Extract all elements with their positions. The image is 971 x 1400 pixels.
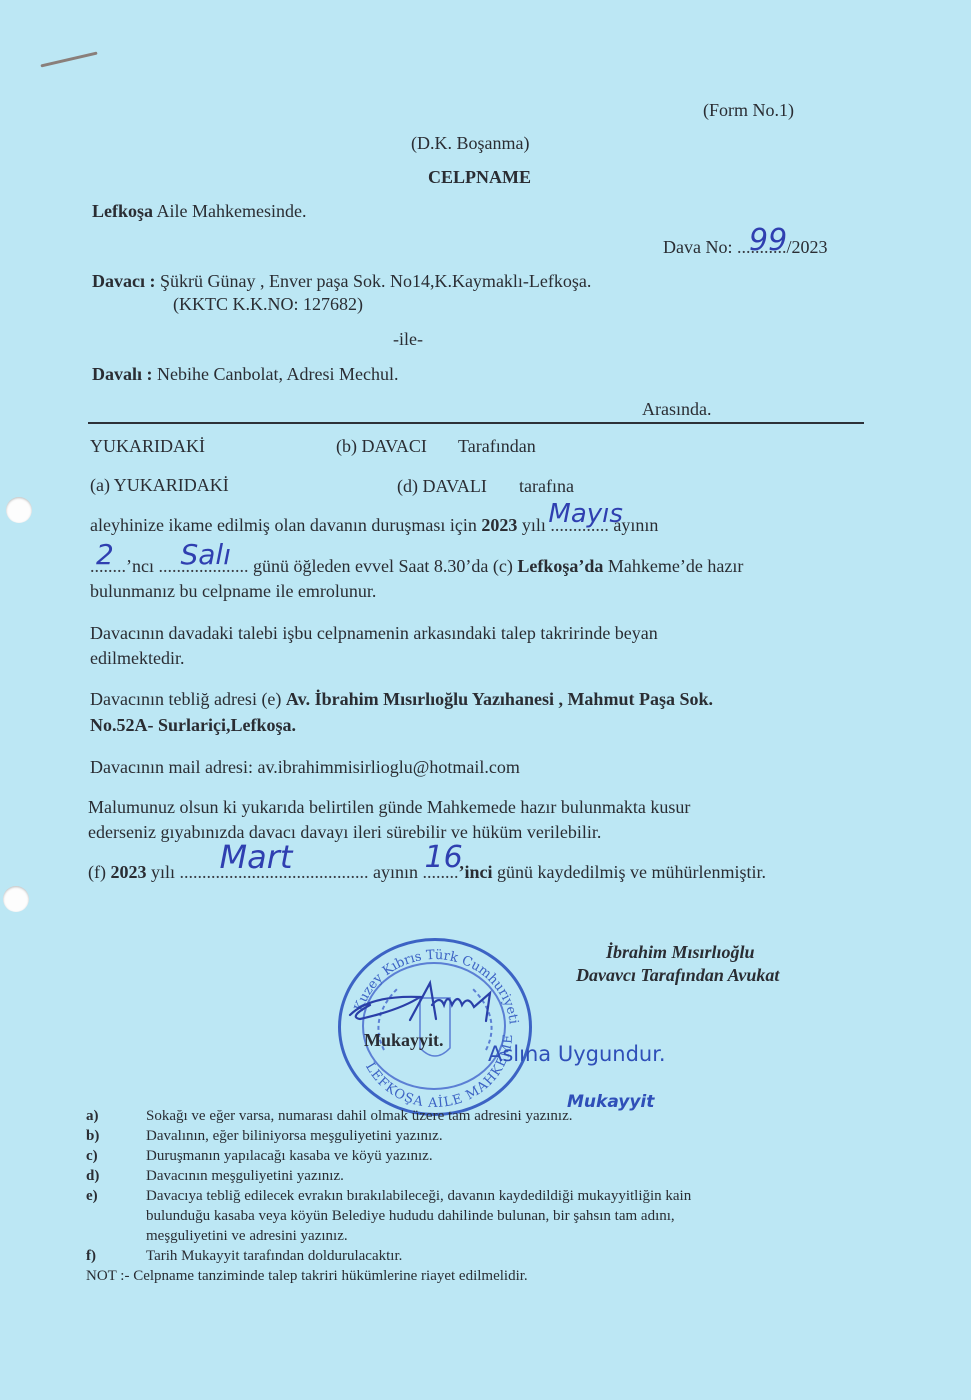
footnote-item: a)Sokağı ve eğer varsa, numarası dahil o…: [86, 1108, 573, 1125]
plaintiff-line: Davacı : Şükrü Günay , Enver paşa Sok. N…: [92, 271, 591, 292]
footnote-label: e): [86, 1188, 146, 1205]
certified-stamp: Aslına Uygundur.: [488, 1042, 666, 1066]
defendant-line: Davalı : Nebihe Canbolat, Adresi Mechul.: [92, 364, 398, 385]
registrar-signature: [340, 975, 510, 1035]
footnote-item: meşguliyetini ve adresini yazınız.: [86, 1228, 348, 1245]
case-number-year: /2023: [786, 237, 827, 257]
warning-line-2: ederseniz gıyabınızda davacı davayı iler…: [88, 822, 601, 843]
reg-prefix: (f): [88, 862, 110, 882]
row2-mid: (d) DAVALI: [397, 476, 487, 497]
hearing-month: Mayıs: [548, 499, 623, 529]
row1-left: YUKARIDAKİ: [90, 436, 205, 457]
plaintiff-id: (KKTC K.K.NO: 127682): [173, 294, 363, 315]
service-value: Av. İbrahim Mısırlıoğlu Yazıhanesi , Mah…: [286, 689, 713, 709]
reg-day-field: ........16: [423, 862, 459, 882]
case-number-dots: ...........99: [737, 237, 787, 257]
claim-line-2: edilmektedir.: [90, 648, 184, 669]
reg-inci: ’inci: [459, 862, 493, 882]
footnote-text: Tarih Mukayyit tarafından doldurulacaktı…: [146, 1248, 402, 1264]
row2-left: (a) YUKARIDAKİ: [90, 475, 229, 496]
hearing-place: Lefkoşa’da: [517, 556, 603, 576]
footnote-item: e)Davacıya tebliğ edilecek evrakın bırak…: [86, 1188, 691, 1205]
row1-mid: (b) DAVACI: [336, 436, 427, 457]
form-number: (Form No.1): [703, 100, 794, 121]
row2-right: tarafına: [519, 476, 574, 497]
hearing-year: 2023: [481, 515, 517, 535]
footnote-text: bulunduğu kasaba veya köyün Belediye hud…: [146, 1208, 675, 1224]
footnote-text: Duruşmanın yapılacağı kasaba ve köyü yaz…: [146, 1148, 433, 1164]
court-city: Lefkoşa: [92, 201, 153, 221]
footer-note: NOT :- Celpname tanziminde talep takriri…: [86, 1268, 528, 1285]
footnote-text: meşguliyetini ve adresini yazınız.: [146, 1228, 348, 1244]
hearing-day: 2: [96, 538, 114, 571]
plaintiff-value: Şükrü Günay , Enver paşa Sok. No14,K.Kay…: [160, 271, 591, 291]
staple-mark: [40, 52, 97, 68]
registration-line: (f) 2023 yılı ..........................…: [88, 862, 766, 883]
hearing-line-1: aleyhinize ikame edilmiş olan davanın du…: [90, 515, 658, 536]
footnote-item: d)Davacının meşguliyetini yazınız.: [86, 1168, 344, 1185]
case-number-value: 99: [749, 223, 787, 258]
court-name: Lefkoşa Aile Mahkemesinde.: [92, 201, 306, 222]
defendant-value: Nebihe Canbolat, Adresi Mechul.: [157, 364, 398, 384]
court-label: Aile Mahkemesinde.: [153, 201, 306, 221]
service-address-line-1: Davacının tebliğ adresi (e) Av. İbrahim …: [90, 689, 713, 710]
row1-right: Tarafından: [458, 436, 536, 457]
lawyer-name: İbrahim Mısırlıoğlu: [606, 942, 755, 963]
certified-by: Mukayyit: [567, 1092, 654, 1112]
lawyer-role: Davavcı Tarafından Avukat: [576, 965, 779, 986]
registrar-label: Mukayyit.: [364, 1030, 444, 1051]
footnote-item: f)Tarih Mukayyit tarafından doldurulacak…: [86, 1248, 402, 1265]
footnote-label: d): [86, 1168, 146, 1185]
hearing-court: Mahkeme’de hazır: [603, 556, 743, 576]
footnote-label: c): [86, 1148, 146, 1165]
reg-year: 2023: [110, 862, 146, 882]
mail-line: Davacının mail adresi: av.ibrahimmisirli…: [90, 757, 520, 778]
reg-ayinin: ayının: [369, 862, 423, 882]
reg-month-field: ........................................…: [180, 862, 369, 882]
plaintiff-label: Davacı :: [92, 271, 160, 291]
footnote-item: bulunduğu kasaba veya köyün Belediye hud…: [86, 1208, 675, 1225]
hearing-yili: yılı: [517, 515, 550, 535]
hearing-line-3: bulunmanız bu celpname ile emrolunur.: [90, 581, 376, 602]
hearing-day-field: ........2: [90, 556, 126, 576]
footnote-text: Davacıya tebliğ edilecek evrakın bırakıl…: [146, 1188, 691, 1204]
footnote-text: Davacının meşguliyetini yazınız.: [146, 1168, 344, 1184]
service-address-line-2: No.52A- Surlariçi,Lefkoşa.: [90, 715, 296, 736]
document-title: CELPNAME: [428, 167, 531, 188]
mail-value: av.ibrahimmisirlioglu@hotmail.com: [257, 757, 519, 777]
hearing-weekday: Salı: [180, 538, 231, 571]
punch-hole-bottom: [3, 886, 29, 912]
warning-line-1: Malumunuz olsun ki yukarıda belirtilen g…: [88, 797, 690, 818]
separator-line: [88, 422, 864, 424]
footnote-item: b)Davalının, eğer biliniyorsa meşguliyet…: [86, 1128, 443, 1145]
reg-rest: günü kaydedilmiş ve mühürlenmiştir.: [493, 862, 766, 882]
reg-yili: yılı: [146, 862, 179, 882]
reg-month: Mart: [220, 838, 293, 876]
hearing-text: aleyhinize ikame edilmiş olan davanın du…: [90, 515, 481, 535]
case-number-label: Dava No:: [663, 237, 737, 257]
between-label: -ile-: [393, 329, 423, 350]
reg-day: 16: [425, 840, 463, 875]
case-type: (D.K. Boşanma): [411, 133, 529, 154]
footnote-text: Sokağı ve eğer varsa, numarası dahil olm…: [146, 1108, 573, 1124]
hearing-line-2: ........2’ncı ....................Salı g…: [90, 556, 743, 577]
footnote-item: c)Duruşmanın yapılacağı kasaba ve köyü y…: [86, 1148, 433, 1165]
hearing-month-field: .............Mayıs: [550, 515, 609, 535]
service-label: Davacının tebliğ adresi (e): [90, 689, 286, 709]
hearing-weekday-field: ....................Salı: [158, 556, 248, 576]
defendant-label: Davalı :: [92, 364, 157, 384]
hearing-nci: ’ncı: [126, 556, 158, 576]
mail-label: Davacının mail adresi:: [90, 757, 257, 777]
hearing-time: günü öğleden evvel Saat 8.30’da (c): [248, 556, 517, 576]
footnote-label: b): [86, 1128, 146, 1145]
footnote-label: a): [86, 1108, 146, 1125]
claim-line-1: Davacının davadaki talebi işbu celpnamen…: [90, 623, 658, 644]
case-number: Dava No: ...........99/2023: [663, 237, 828, 258]
arasinda-label: Arasında.: [642, 399, 711, 420]
punch-hole-top: [6, 497, 32, 523]
footnote-label: f): [86, 1248, 146, 1265]
footnote-text: Davalının, eğer biliniyorsa meşguliyetin…: [146, 1128, 443, 1144]
